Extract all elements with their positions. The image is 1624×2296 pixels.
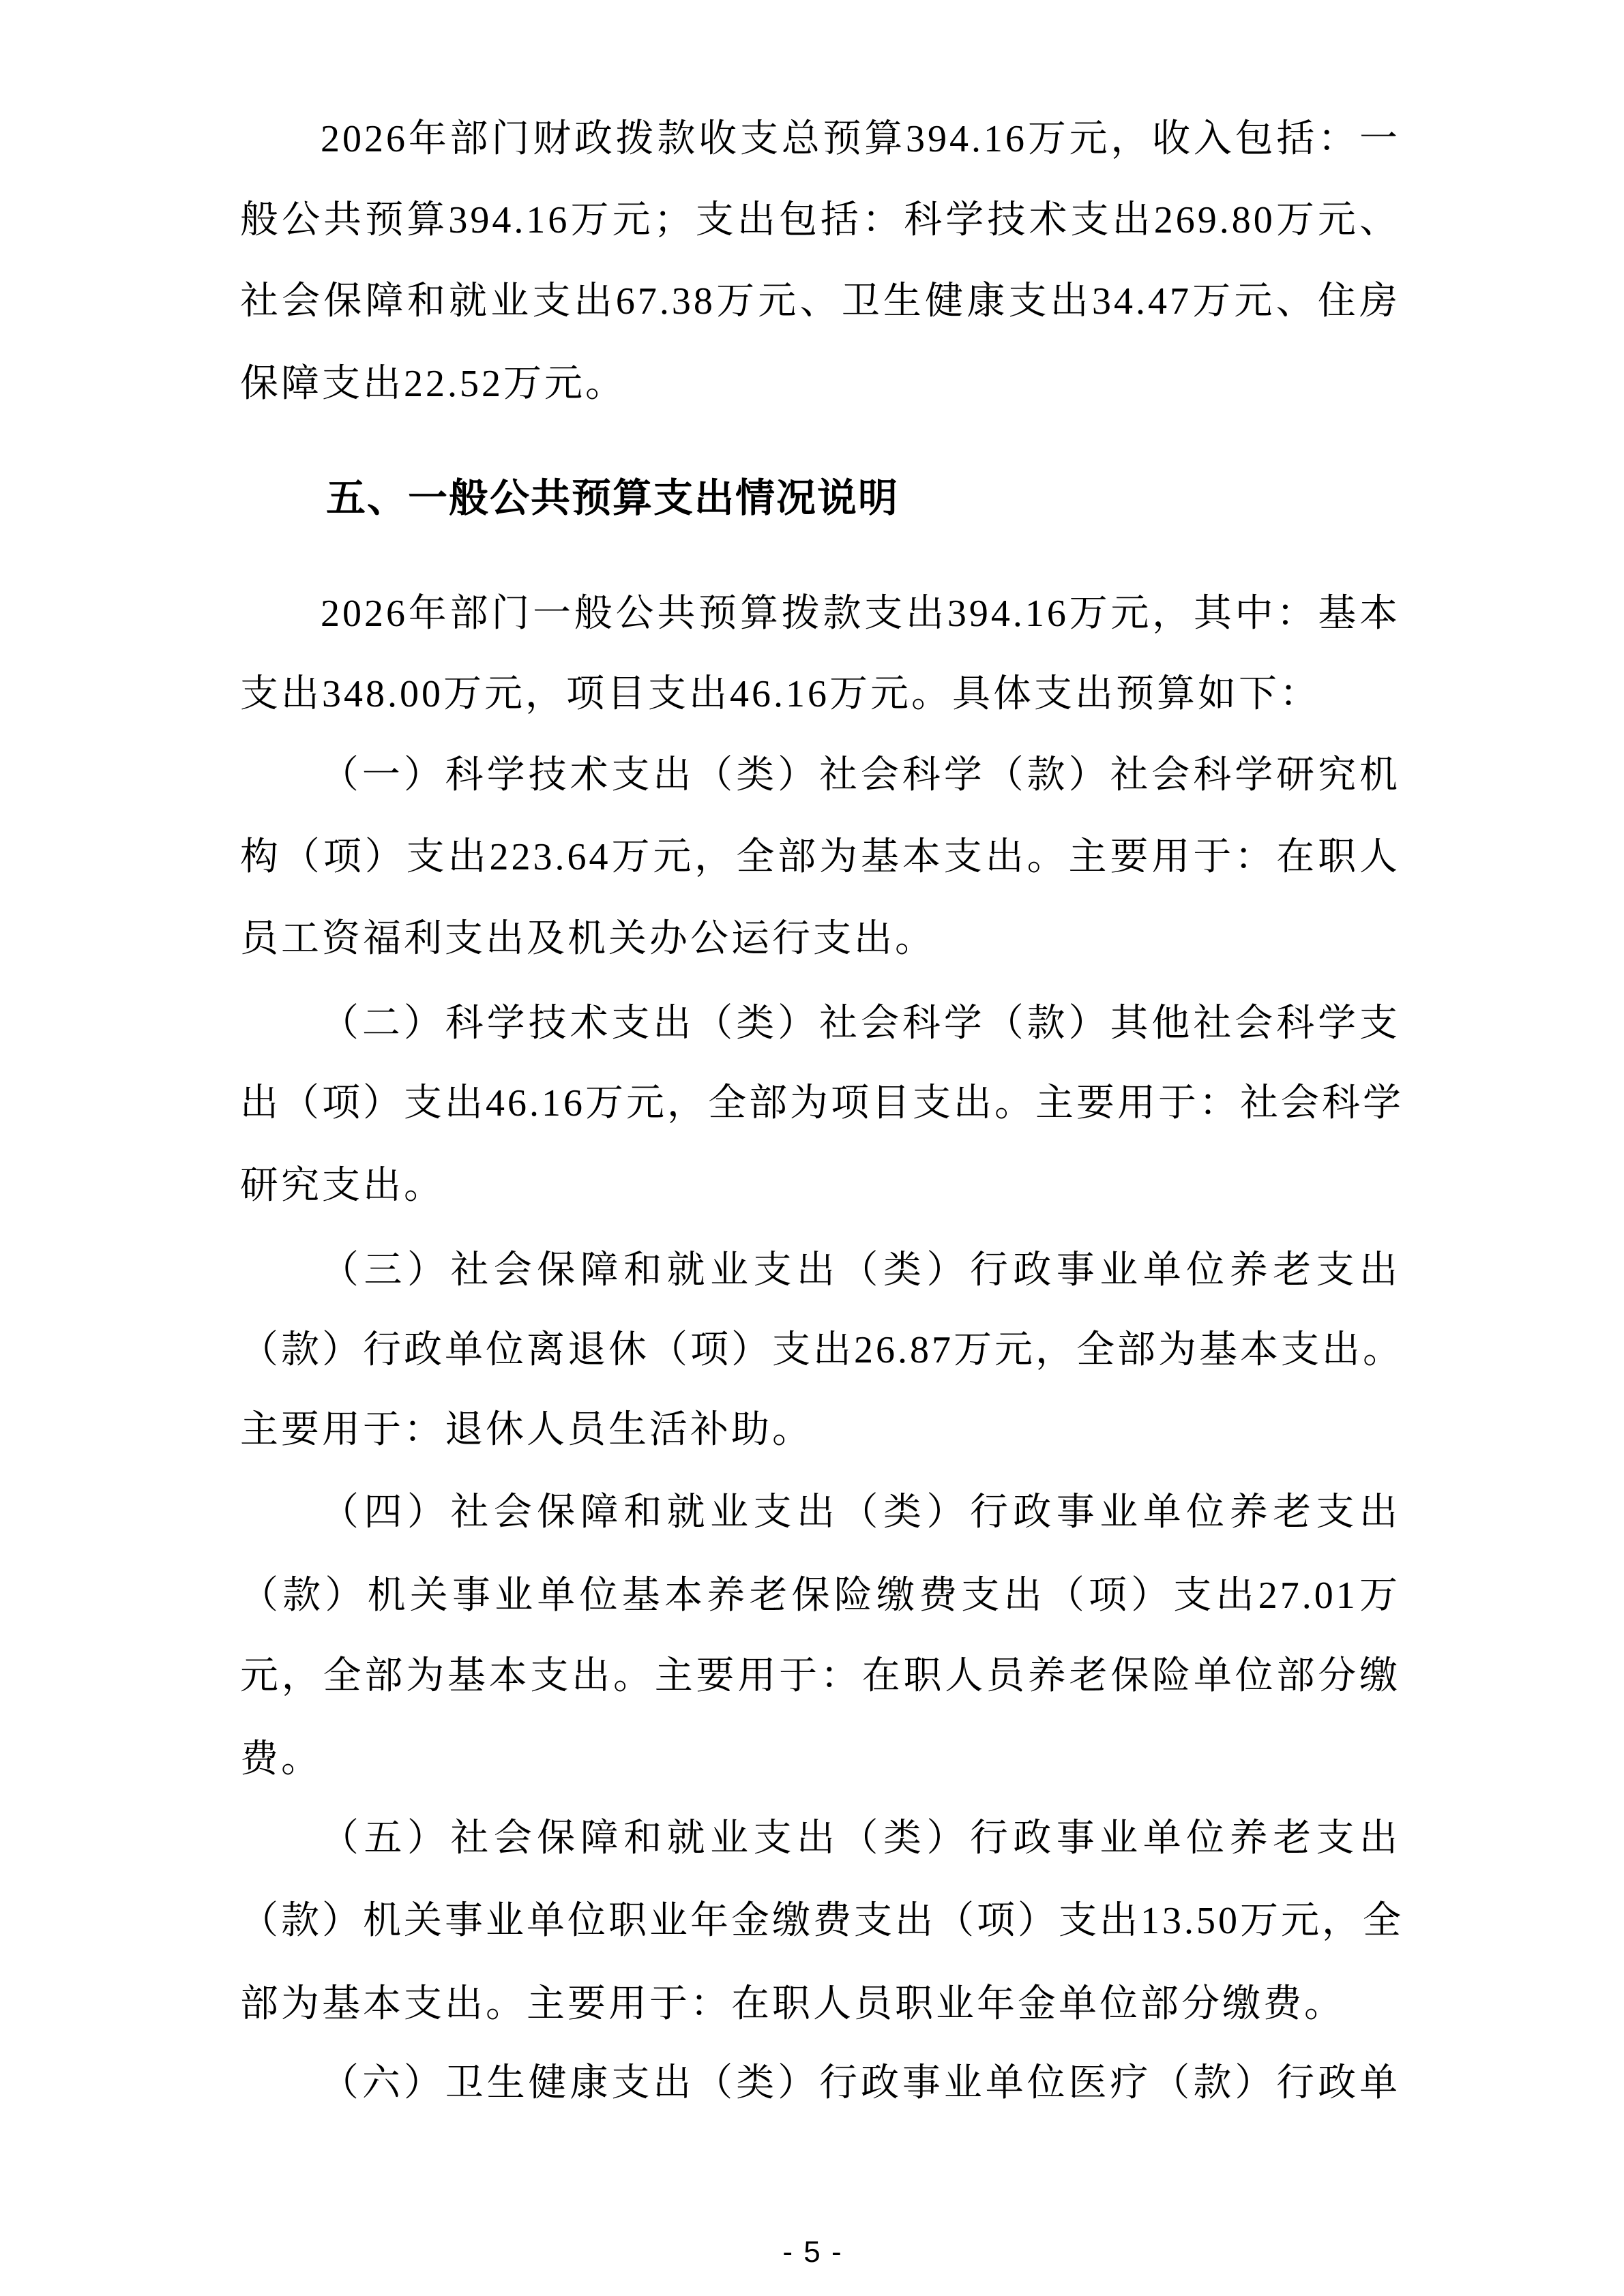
document-page: 2026年部门财政拨款收支总预算394.16万元，收入包括：一 般公共预算394… (0, 0, 1624, 2296)
text-line: 社会保障和就业支出67.38万元、卫生健康支出34.47万元、住房 (240, 274, 1400, 329)
text-line: （六）卫生健康支出（类）行政事业单位医疗（款）行政单 (321, 2056, 1400, 2111)
text-line: （三）社会保障和就业支出（类）行政事业单位养老支出 (321, 1243, 1400, 1298)
text-line: 部为基本支出。主要用于：在职人员职业年金单位部分缴费。 (240, 1977, 1400, 2031)
text-line: 元，全部为基本支出。主要用于：在职人员养老保险单位部分缴 (240, 1649, 1400, 1703)
text-line: 出（项）支出46.16万元，全部为项目支出。主要用于：社会科学 (240, 1076, 1400, 1131)
text-line: （款）机关事业单位基本养老保险缴费支出（项）支出27.01万 (240, 1568, 1400, 1623)
text-line: （四）社会保障和就业支出（类）行政事业单位养老支出 (321, 1485, 1400, 1540)
text-line: 保障支出22.52万元。 (240, 357, 1400, 411)
page-number: - 5 - (0, 2235, 1624, 2269)
text-line: （五）社会保障和就业支出（类）行政事业单位养老支出 (321, 1811, 1400, 1866)
text-line: （款）机关事业单位职业年金缴费支出（项）支出13.50万元，全 (240, 1894, 1400, 1948)
text-line: 2026年部门一般公共预算拨款支出394.16万元，其中：基本 (321, 586, 1400, 641)
text-line: 研究支出。 (240, 1159, 1400, 1213)
text-line: 费。 (240, 1732, 1400, 1787)
text-line: 般公共预算394.16万元；支出包括：科学技术支出269.80万元、 (240, 193, 1400, 248)
text-line: 2026年部门财政拨款收支总预算394.16万元，收入包括：一 (321, 112, 1400, 166)
text-line: （二）科学技术支出（类）社会科学（款）其他社会科学支 (321, 996, 1400, 1051)
text-line: （一）科学技术支出（类）社会科学（款）社会科学研究机 (321, 748, 1400, 803)
text-line: （款）行政单位离退休（项）支出26.87万元，全部为基本支出。 (240, 1323, 1400, 1377)
text-line: 员工资福利支出及机关办公运行支出。 (240, 912, 1400, 966)
text-line: 构（项）支出223.64万元，全部为基本支出。主要用于：在职人 (240, 830, 1400, 884)
text-line: 主要用于：退休人员生活补助。 (240, 1403, 1400, 1457)
section-heading: 五、一般公共预算支出情况说明 (326, 471, 899, 525)
text-line: 支出348.00万元，项目支出46.16万元。具体支出预算如下： (240, 667, 1400, 721)
